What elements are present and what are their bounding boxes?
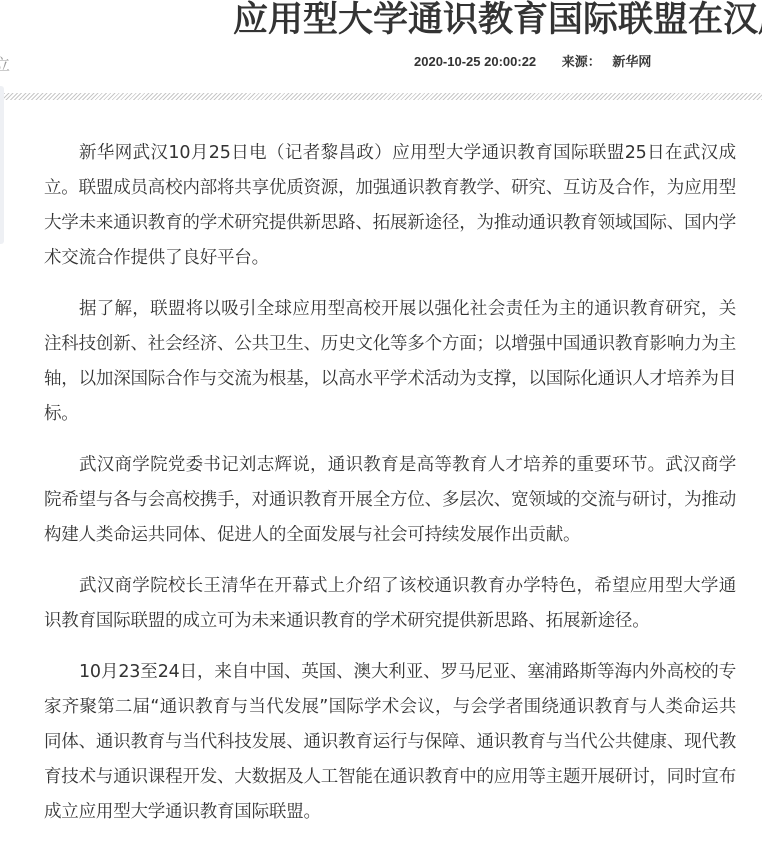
article-meta: 2020-10-25 20:00:22 来源： 新华网 xyxy=(414,51,651,70)
source-label: 来源： xyxy=(562,54,601,69)
hatched-divider xyxy=(4,93,762,100)
article-title: 应用型大学通识教育国际联盟在汉成立 xyxy=(233,0,762,40)
article-body: 新华网武汉10月25日电（记者黎昌政）应用型大学通识教育国际联盟25日在武汉成立… xyxy=(44,136,736,843)
article-paragraph: 据了解，联盟将以吸引全球应用型高校开展以强化社会责任为主的通识教育研究，关注科技… xyxy=(44,292,736,432)
article-paragraph: 10月23至24日，来自中国、英国、澳大利亚、罗马尼亚、塞浦路斯等海内外高校的专… xyxy=(44,655,736,830)
left-sidebar-panel xyxy=(0,86,4,244)
article-paragraph: 新华网武汉10月25日电（记者黎昌政）应用型大学通识教育国际联盟25日在武汉成立… xyxy=(44,136,736,276)
source-value: 新华网 xyxy=(612,54,651,69)
partial-sidebar-text: 立 xyxy=(0,52,10,75)
article-paragraph: 武汉商学院党委书记刘志辉说，通识教育是高等教育人才培养的重要环节。武汉商学院希望… xyxy=(44,448,736,553)
publish-datetime: 2020-10-25 20:00:22 xyxy=(414,54,536,69)
article-paragraph: 武汉商学院校长王清华在开幕式上介绍了该校通识教育办学特色，希望应用型大学通识教育… xyxy=(44,569,736,639)
